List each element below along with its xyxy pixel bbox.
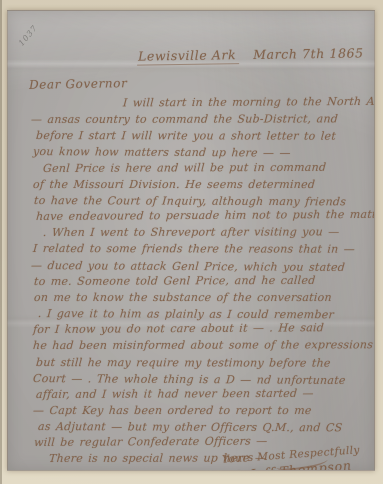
dateline-date: March 7th 1865 (253, 45, 364, 62)
letter-line: affair, and I wish it had never been sta… (30, 385, 366, 403)
letter-line: he had been misinformed about some of th… (30, 338, 366, 355)
letter-scan: 1037 Lewisville ArkMarch 7th 1865 Dear G… (0, 0, 383, 484)
dateline-place: Lewisville Ark (137, 47, 239, 65)
salutation: Dear Governor (29, 76, 128, 92)
letter-line: on me to know the substance of the conve… (30, 290, 366, 306)
letter-line: I will start in the morning to the North… (30, 94, 366, 112)
letter-line: of the Missouri Division. He seems deter… (30, 177, 366, 193)
letter-line: before I start I will write you a short … (30, 128, 366, 145)
letter-body: I will start in the morning to the North… (31, 96, 366, 468)
letter-line: but still he may require my testimony be… (30, 355, 366, 372)
letter-line: I related to some friends there the reas… (30, 241, 366, 258)
letter-line: to me. Someone told Genl Price, and he c… (30, 272, 366, 290)
letter-paper: 1037 Lewisville ArkMarch 7th 1865 Dear G… (7, 10, 375, 471)
letter-line: for I know you do not care about it — . … (30, 320, 366, 338)
letter-line: Genl Price is here and will be put in co… (30, 159, 366, 177)
letter-line: — Capt Key has been ordered to report to… (30, 403, 366, 419)
letter-line: — ansas country to command the Sub-Distr… (30, 111, 366, 128)
letter-line: have endeavoured to persuade him not to … (30, 207, 366, 225)
pencil-annotation: 1037 (17, 23, 40, 47)
dateline: Lewisville ArkMarch 7th 1865 (137, 45, 364, 63)
letter-line: . When I went to Shreveport after visiti… (30, 225, 366, 242)
